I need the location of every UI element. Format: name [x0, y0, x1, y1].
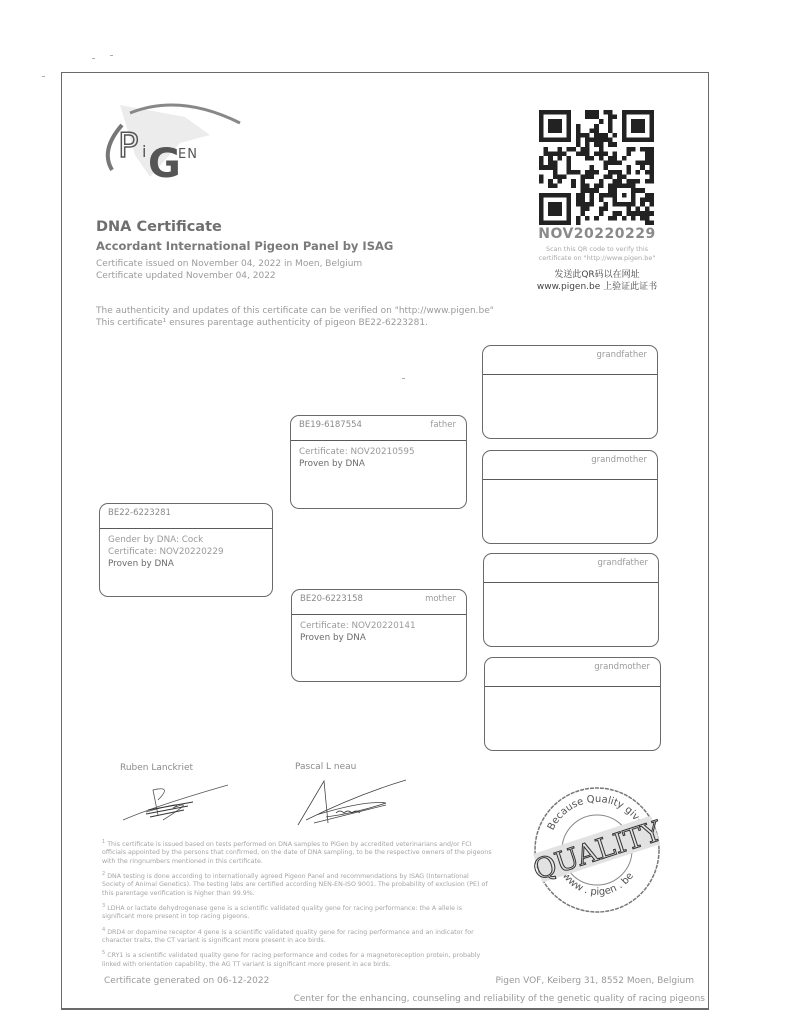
certificate-subtitle: Accordant International Pigeon Panel by …: [96, 239, 393, 253]
certificate-number: Certificate: NOV20210595: [299, 446, 415, 458]
certificate-number: Certificate: NOV20220141: [300, 620, 416, 632]
qr-scan-instructions: Scan this QR code to verify this certifi…: [506, 245, 688, 263]
signature-2-icon: [296, 775, 411, 830]
pigeon-card-father: BE19-6187554 father Certificate: NOV2021…: [290, 415, 467, 509]
quality-stamp-icon: Because Quality gives www . pigen . be Q…: [527, 782, 667, 917]
ring-number: BE20-6223158: [300, 594, 363, 604]
scan-speck: [92, 58, 95, 59]
pigen-logo: P i G EN: [90, 95, 250, 190]
role-label: mother: [425, 594, 456, 604]
ring-number: BE19-6187554: [299, 420, 362, 430]
svg-text:EN: EN: [178, 147, 198, 162]
signatory-name-1: Ruben Lanckriet: [120, 763, 193, 773]
qr-code-icon[interactable]: [539, 110, 654, 225]
svg-text:P: P: [118, 126, 139, 166]
parentage-line: This certificate¹ ensures parentage auth…: [96, 317, 494, 329]
footnote: 5 CRY1 is a scientific validated quality…: [102, 949, 492, 969]
svg-text:i: i: [142, 142, 146, 161]
pigeon-card-paternal-grandfather: grandfather: [482, 345, 658, 439]
verification-text: The authenticity and updates of this cer…: [96, 305, 494, 329]
proven-status: Proven by DNA: [108, 558, 224, 570]
ring-number: BE22-6223281: [108, 508, 171, 518]
footnote: 3 LDHA or lactate dehydrogenase gene is …: [102, 902, 492, 922]
footnote: 1 This certificate is issued based on te…: [102, 838, 492, 866]
role-label: grandmother: [594, 662, 650, 672]
qr-chinese-instructions: 发送此QR码以在网址 www.pigen.be 上验证此证书: [506, 269, 688, 293]
certificate-dates: Certificate issued on November 04, 2022 …: [96, 258, 362, 282]
updated-date: Certificate updated November 04, 2022: [96, 270, 362, 282]
proven-status: Proven by DNA: [300, 632, 416, 644]
footnotes: 1 This certificate is issued based on te…: [102, 838, 492, 973]
pigeon-card-maternal-grandfather: grandfather: [483, 553, 659, 647]
signatory-name-2: Pascal L neau: [295, 762, 356, 772]
role-label: father: [430, 420, 456, 430]
company-address: Pigen VOF, Keiberg 31, 8552 Moen, Belgiu…: [496, 976, 694, 986]
verify-url-line: The authenticity and updates of this cer…: [96, 305, 494, 317]
certificate-number: Certificate: NOV20220229: [108, 546, 224, 558]
role-label: grandfather: [597, 558, 648, 568]
pigeon-card-mother: BE20-6223158 mother Certificate: NOV2022…: [291, 589, 467, 682]
proven-status: Proven by DNA: [299, 458, 415, 470]
role-label: grandmother: [591, 455, 647, 465]
footnote: 4 DRD4 or dopamine receptor 4 gene is a …: [102, 926, 492, 946]
svg-text:G: G: [148, 141, 181, 187]
scan-speck: [110, 55, 113, 56]
company-tagline: Center for the enhancing, counseling and…: [294, 994, 705, 1004]
issued-date: Certificate issued on November 04, 2022 …: [96, 258, 362, 270]
pigeon-card-maternal-grandmother: grandmother: [484, 657, 661, 751]
pigeon-card-paternal-grandmother: grandmother: [482, 450, 658, 544]
certificate-title: DNA Certificate: [96, 219, 222, 235]
qr-certificate-code: NOV20220229: [526, 226, 668, 242]
scan-speck: [42, 76, 45, 77]
footnote: 2 DNA testing is done according to inter…: [102, 870, 492, 898]
pigeon-logo-icon: P i G EN: [90, 95, 250, 190]
gender: Gender by DNA: Cock: [108, 534, 224, 546]
pigeon-card-subject: BE22-6223281 Gender by DNA: Cock Certifi…: [99, 503, 273, 597]
signature-1-icon: [118, 780, 248, 830]
role-label: grandfather: [596, 350, 647, 360]
scan-speck: [402, 378, 405, 379]
generated-date: Certificate generated on 06-12-2022: [104, 976, 269, 986]
